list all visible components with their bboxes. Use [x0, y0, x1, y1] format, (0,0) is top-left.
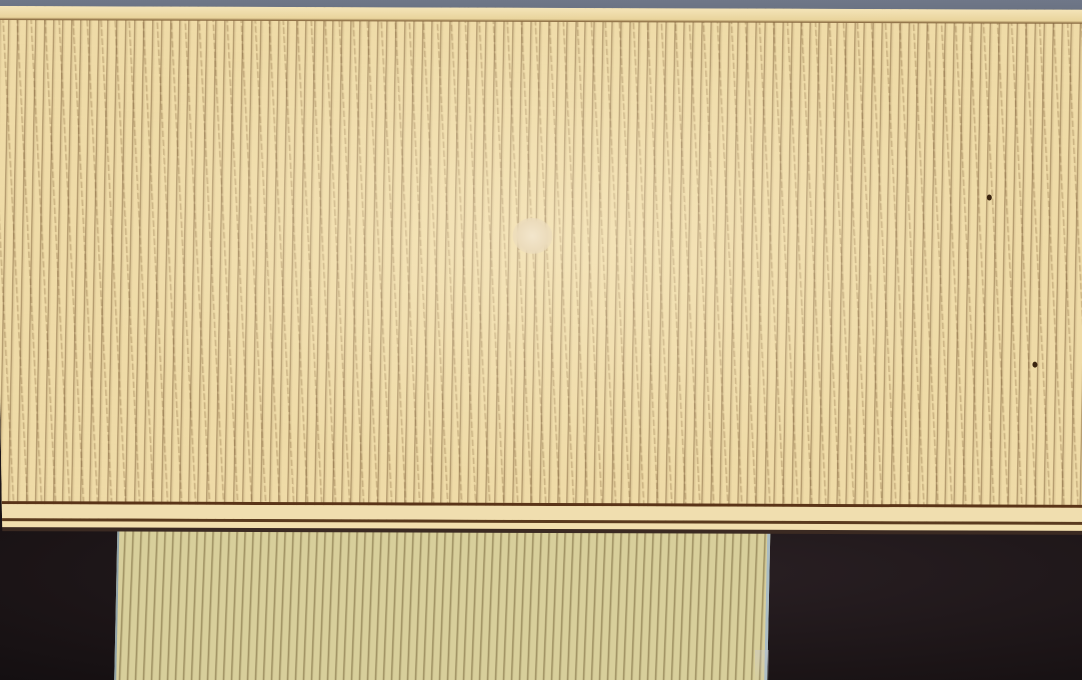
lower-scroll-strip — [114, 510, 771, 680]
parchment-stain — [512, 218, 553, 254]
ink-blot — [1032, 362, 1037, 368]
light-reflection — [0, 6, 1082, 522]
scroll-bottom-margin — [2, 504, 1082, 522]
ink-blot — [987, 194, 992, 200]
glass-reflection — [755, 650, 769, 680]
manuscript-scroll — [0, 6, 1082, 525]
handwriting-texture — [116, 510, 768, 680]
